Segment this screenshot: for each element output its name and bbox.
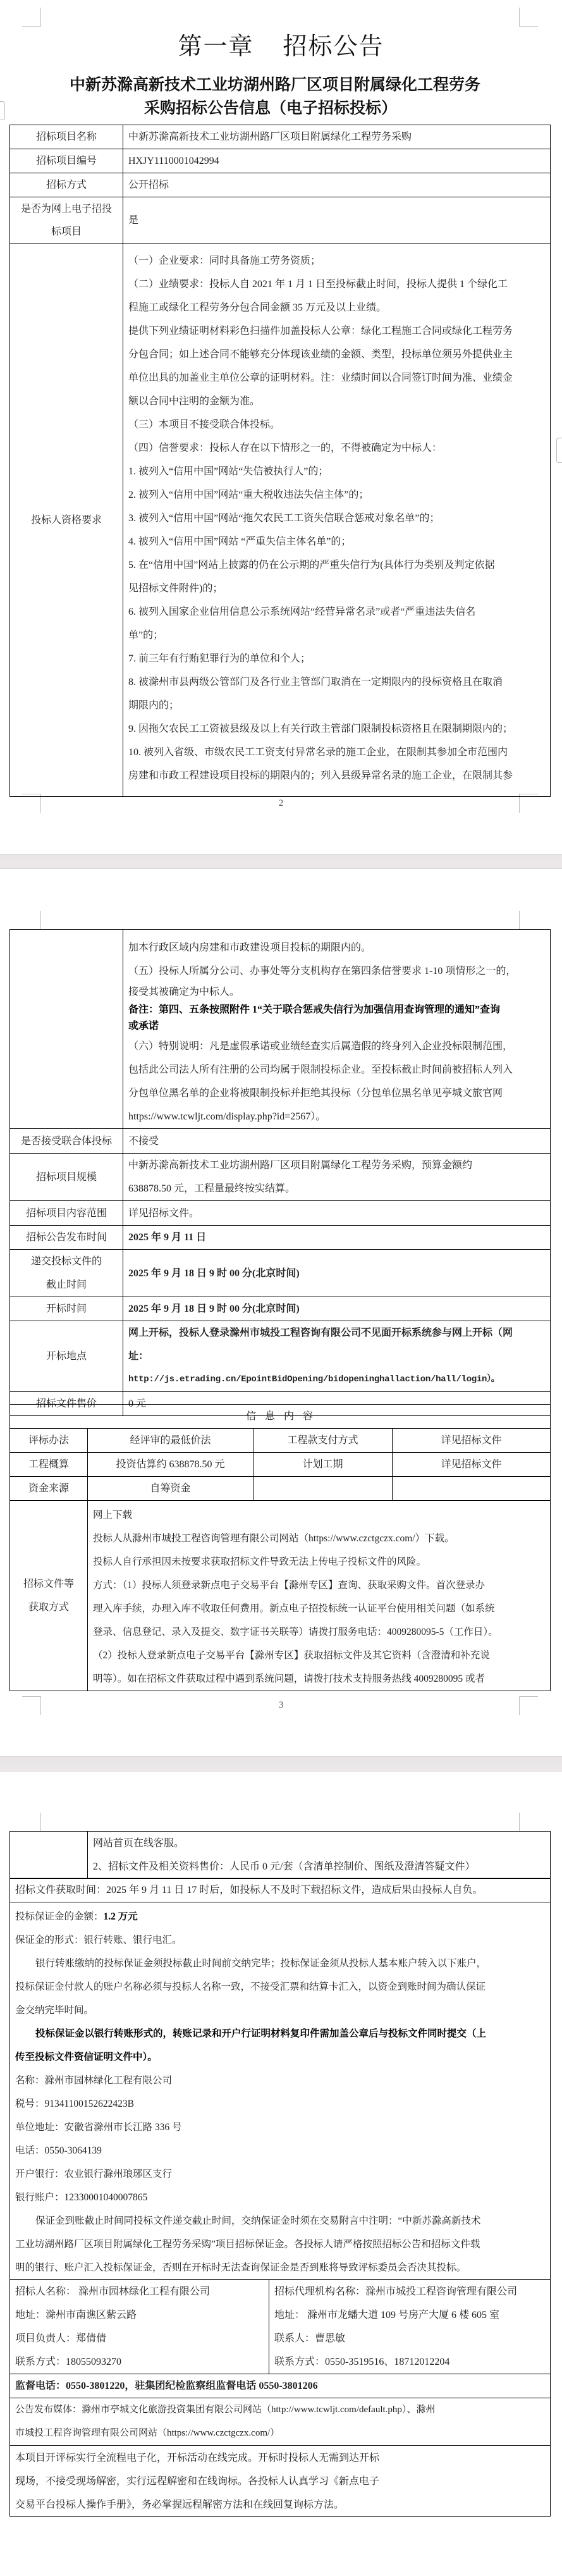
basic-info-table: 招标项目名称 中新苏滁高新技术工业坊湖州路厂区项目附属绿化工程劳务采购 招标项目… <box>9 125 551 797</box>
publish-date-value: 2025 年 9 月 11 日 <box>123 1226 551 1250</box>
document-title-line1: 中新苏滁高新技术工业坊湖州路厂区项目附属绿化工程劳务 <box>70 73 537 97</box>
account-phone: 电话：0550-3064139 <box>15 2139 545 2162</box>
consortium-label: 是否接受联合体投标 <box>10 1129 123 1154</box>
table-row: 公告发布媒体：滁州市亭城文化旅游投资集团有限公司网站（http://www.tc… <box>10 2398 551 2446</box>
schedule-label: 计划工期 <box>254 1453 393 1477</box>
table-row: 招标项目规模 中新苏滁高新技术工业坊湖州路厂区项目附属绿化工程劳务采购，预算金额… <box>10 1154 551 1201</box>
deposit-amount: 1.2 万元 <box>104 1911 138 1922</box>
method-label: 招标方式 <box>10 173 123 197</box>
qualification-requirements: （一）企业要求：同时具备施工劳务资质； （二）业绩要求：投标人自 2021 年 … <box>123 244 551 797</box>
supervision-phone: 监督电话：0550-3801220，驻集团纪检监察组监督电话 0550-3801… <box>10 2374 551 2398</box>
eval-method-label: 评标办法 <box>10 1429 88 1453</box>
scale-label: 招标项目规模 <box>10 1154 123 1201</box>
method-value: 公开招标 <box>123 173 551 197</box>
opening-location-label: 开标地点 <box>10 1321 123 1392</box>
account-tax-no: 税号：91341100152622423B <box>15 2092 545 2116</box>
table-row: 递交投标文件的 截止时间 2025 年 9 月 18 日 9 时 00 分(北京… <box>10 1250 551 1297</box>
page-corner-mark <box>22 911 41 930</box>
payment-method-value: 详见招标文件 <box>393 1429 551 1453</box>
table-row: 招标项目内容范围 详见招标文件。 <box>10 1201 551 1226</box>
table-row: 评标办法 经评审的最低价法 工程款支付方式 详见招标文件 <box>10 1429 551 1453</box>
table-row: 招标方式 公开招标 <box>10 173 551 197</box>
table-row: 资金来源 自筹资金 <box>10 1477 551 1501</box>
funding-label: 资金来源 <box>10 1477 88 1501</box>
eval-method-value: 经评审的最低价法 <box>88 1429 254 1453</box>
account-name: 名称：滁州市园林绿化工程有限公司 <box>15 2069 545 2092</box>
left-side-tab[interactable] <box>0 101 5 120</box>
project-name-label: 招标项目名称 <box>10 125 123 149</box>
details-table: 加本行政区域内房建和市政建设项目投标的期限内的。 （五）投标人所属分公司、办事处… <box>9 929 551 1416</box>
page-corner-mark <box>22 8 41 27</box>
table-row: 招标公告发布时间 2025 年 9 月 11 日 <box>10 1226 551 1250</box>
table-row: 投标人资格要求 （一）企业要求：同时具备施工劳务资质； （二）业绩要求：投标人自… <box>10 244 551 797</box>
page-corner-mark <box>519 8 538 27</box>
account-address: 单位地址：安徽省滁州市长江路 336 号 <box>15 2116 545 2139</box>
scale-value: 中新苏滁高新技术工业坊湖州路厂区项目附属绿化工程劳务采购，预算金额约 63887… <box>123 1154 551 1201</box>
table-row: 招标项目编号 HXJY1110001042994 <box>10 149 551 173</box>
table-row: 开标时间 2025 年 9 月 18 日 9 时 00 分(北京时间) <box>10 1297 551 1321</box>
table-row: 监督电话：0550-3801220，驻集团纪检监察组监督电话 0550-3801… <box>10 2374 551 2398</box>
table-row: 招标文件等 获取方式 网上下载 投标人从滁州市城投工程咨询管理有限公司网站（ht… <box>10 1501 551 1691</box>
page-separator <box>0 1756 562 1772</box>
qualification-label: 投标人资格要求 <box>10 244 123 797</box>
deposit-info: 投标保证金的金额：1.2 万元 保证金的形式：银行转账、银行电汇。 银行转账缴纳… <box>10 1902 551 2280</box>
table-row: 招标文件获取时间：2025 年 9 月 11 日 17 时后，如投标人不及时下载… <box>10 1878 551 1902</box>
project-no-value: HXJY1110001042994 <box>123 149 551 173</box>
deadline-label: 递交投标文件的 截止时间 <box>10 1250 123 1297</box>
table-row: 网站首页在线客服。 2、招标文件及相关资料售价：人民币 0 元/套（含清单控制价… <box>10 1832 551 1879</box>
deposit-table: 招标文件获取时间：2025 年 9 月 11 日 17 时后，如投标人不及时下载… <box>9 1878 551 2517</box>
opening-time-value: 2025 年 9 月 18 日 9 时 00 分(北京时间) <box>123 1297 551 1321</box>
account-bank: 开户银行：农业银行滁州琅琊区支行 <box>15 2162 545 2186</box>
online-bidding-value: 是 <box>123 197 551 244</box>
publish-date-label: 招标公告发布时间 <box>10 1226 123 1250</box>
document-title-line2: 采购招标公告信息（电子招标投标） <box>144 97 460 120</box>
chapter-title: 第一章 招标公告 <box>0 27 562 61</box>
budget-value: 投资估算约 638878.50 元 <box>88 1453 254 1477</box>
acquisition-continued-table: 网站首页在线客服。 2、招标文件及相关资料售价：人民币 0 元/套（含清单控制价… <box>9 1831 551 1879</box>
budget-label: 工程概算 <box>10 1453 88 1477</box>
page-corner-mark <box>519 1813 538 1832</box>
funding-value: 自筹资金 <box>88 1477 254 1501</box>
consortium-value: 不接受 <box>123 1129 551 1154</box>
acquisition-label: 招标文件等 获取方式 <box>10 1501 88 1691</box>
right-side-tab[interactable] <box>556 438 562 463</box>
info-content-table: 信 息 内 容 评标办法 经评审的最低价法 工程款支付方式 详见招标文件 工程概… <box>9 1404 551 1691</box>
table-row: 投标保证金的金额：1.2 万元 保证金的形式：银行转账、银行电汇。 银行转账缴纳… <box>10 1902 551 2280</box>
table-row: 信 息 内 容 <box>10 1405 551 1429</box>
table-row: 是否接受联合体投标 不接受 <box>10 1129 551 1154</box>
tenderer-contact: 招标人名称： 滁州市园林绿化工程有限公司 地址：滁州市南谯区紫云路 项目负责人：… <box>10 2280 269 2374</box>
blacklist-link[interactable]: https://www.tcwljt.com/display.php?id=25… <box>128 1105 545 1128</box>
opening-location-value: 网上开标，投标人登录滁州市城投工程咨询有限公司不见面开标系统参与网上开标（网 址… <box>123 1321 551 1392</box>
scope-value: 详见招标文件。 <box>123 1201 551 1226</box>
page-number: 2 <box>0 798 562 809</box>
payment-method-label: 工程款支付方式 <box>254 1429 393 1453</box>
scope-label: 招标项目内容范围 <box>10 1201 123 1226</box>
page-corner-mark <box>519 911 538 930</box>
credit-check-note: 备注：第四、五条按照附件 1“关于联合惩戒失信行为加强信用查询管理的通知”查询 <box>128 1002 545 1018</box>
page-corner-mark <box>22 1813 41 1832</box>
agency-contact: 招标代理机构名称：滁州市城投工程咨询管理有限公司 地址： 滁州市龙蟠大道 109… <box>269 2280 551 2374</box>
opening-system-link[interactable]: http://js.etrading.cn/EpointBidOpening/b… <box>128 1368 545 1391</box>
table-row: 工程概算 投资估算约 638878.50 元 计划工期 详见招标文件 <box>10 1453 551 1477</box>
opening-time-label: 开标时间 <box>10 1297 123 1321</box>
electronic-bidding-note: 本项目开评标实行全流程电子化，开标活动在线完成。开标时投标人无需到达开标 现场，… <box>10 2446 551 2517</box>
info-content-header: 信 息 内 容 <box>10 1405 551 1429</box>
online-bidding-label: 是否为网上电子招投 标项目 <box>10 197 123 244</box>
acquisition-method-continued: 网站首页在线客服。 2、招标文件及相关资料售价：人民币 0 元/套（含清单控制价… <box>88 1832 551 1879</box>
schedule-value: 详见招标文件 <box>393 1453 551 1477</box>
acquisition-method: 网上下载 投标人从滁州市城投工程咨询管理有限公司网站（https://www.c… <box>88 1501 551 1691</box>
project-no-label: 招标项目编号 <box>10 149 123 173</box>
table-row: 加本行政区域内房建和市政建设项目投标的期限内的。 （五）投标人所属分公司、办事处… <box>10 930 551 1129</box>
account-number: 银行账户：12330001040007865 <box>15 2186 545 2209</box>
page-number: 3 <box>0 1700 562 1711</box>
table-row: 开标地点 网上开标，投标人登录滁州市城投工程咨询有限公司不见面开标系统参与网上开… <box>10 1321 551 1392</box>
table-row: 本项目开评标实行全流程电子化，开标活动在线完成。开标时投标人无需到达开标 现场，… <box>10 2446 551 2517</box>
deadline-value: 2025 年 9 月 18 日 9 时 00 分(北京时间) <box>123 1250 551 1297</box>
table-row: 是否为网上电子招投 标项目 是 <box>10 197 551 244</box>
qualification-requirements-continued: 加本行政区域内房建和市政建设项目投标的期限内的。 （五）投标人所属分公司、办事处… <box>123 930 551 1129</box>
acquire-time-note: 招标文件获取时间：2025 年 9 月 11 日 17 时后，如投标人不及时下载… <box>10 1878 551 1902</box>
table-row: 招标项目名称 中新苏滁高新技术工业坊湖州路厂区项目附属绿化工程劳务采购 <box>10 125 551 149</box>
table-row: 招标人名称： 滁州市园林绿化工程有限公司 地址：滁州市南谯区紫云路 项目负责人：… <box>10 2280 551 2374</box>
project-name-value: 中新苏滁高新技术工业坊湖州路厂区项目附属绿化工程劳务采购 <box>123 125 551 149</box>
publish-media: 公告发布媒体：滁州市亭城文化旅游投资集团有限公司网站（http://www.tc… <box>10 2398 551 2446</box>
page-separator <box>0 854 562 869</box>
